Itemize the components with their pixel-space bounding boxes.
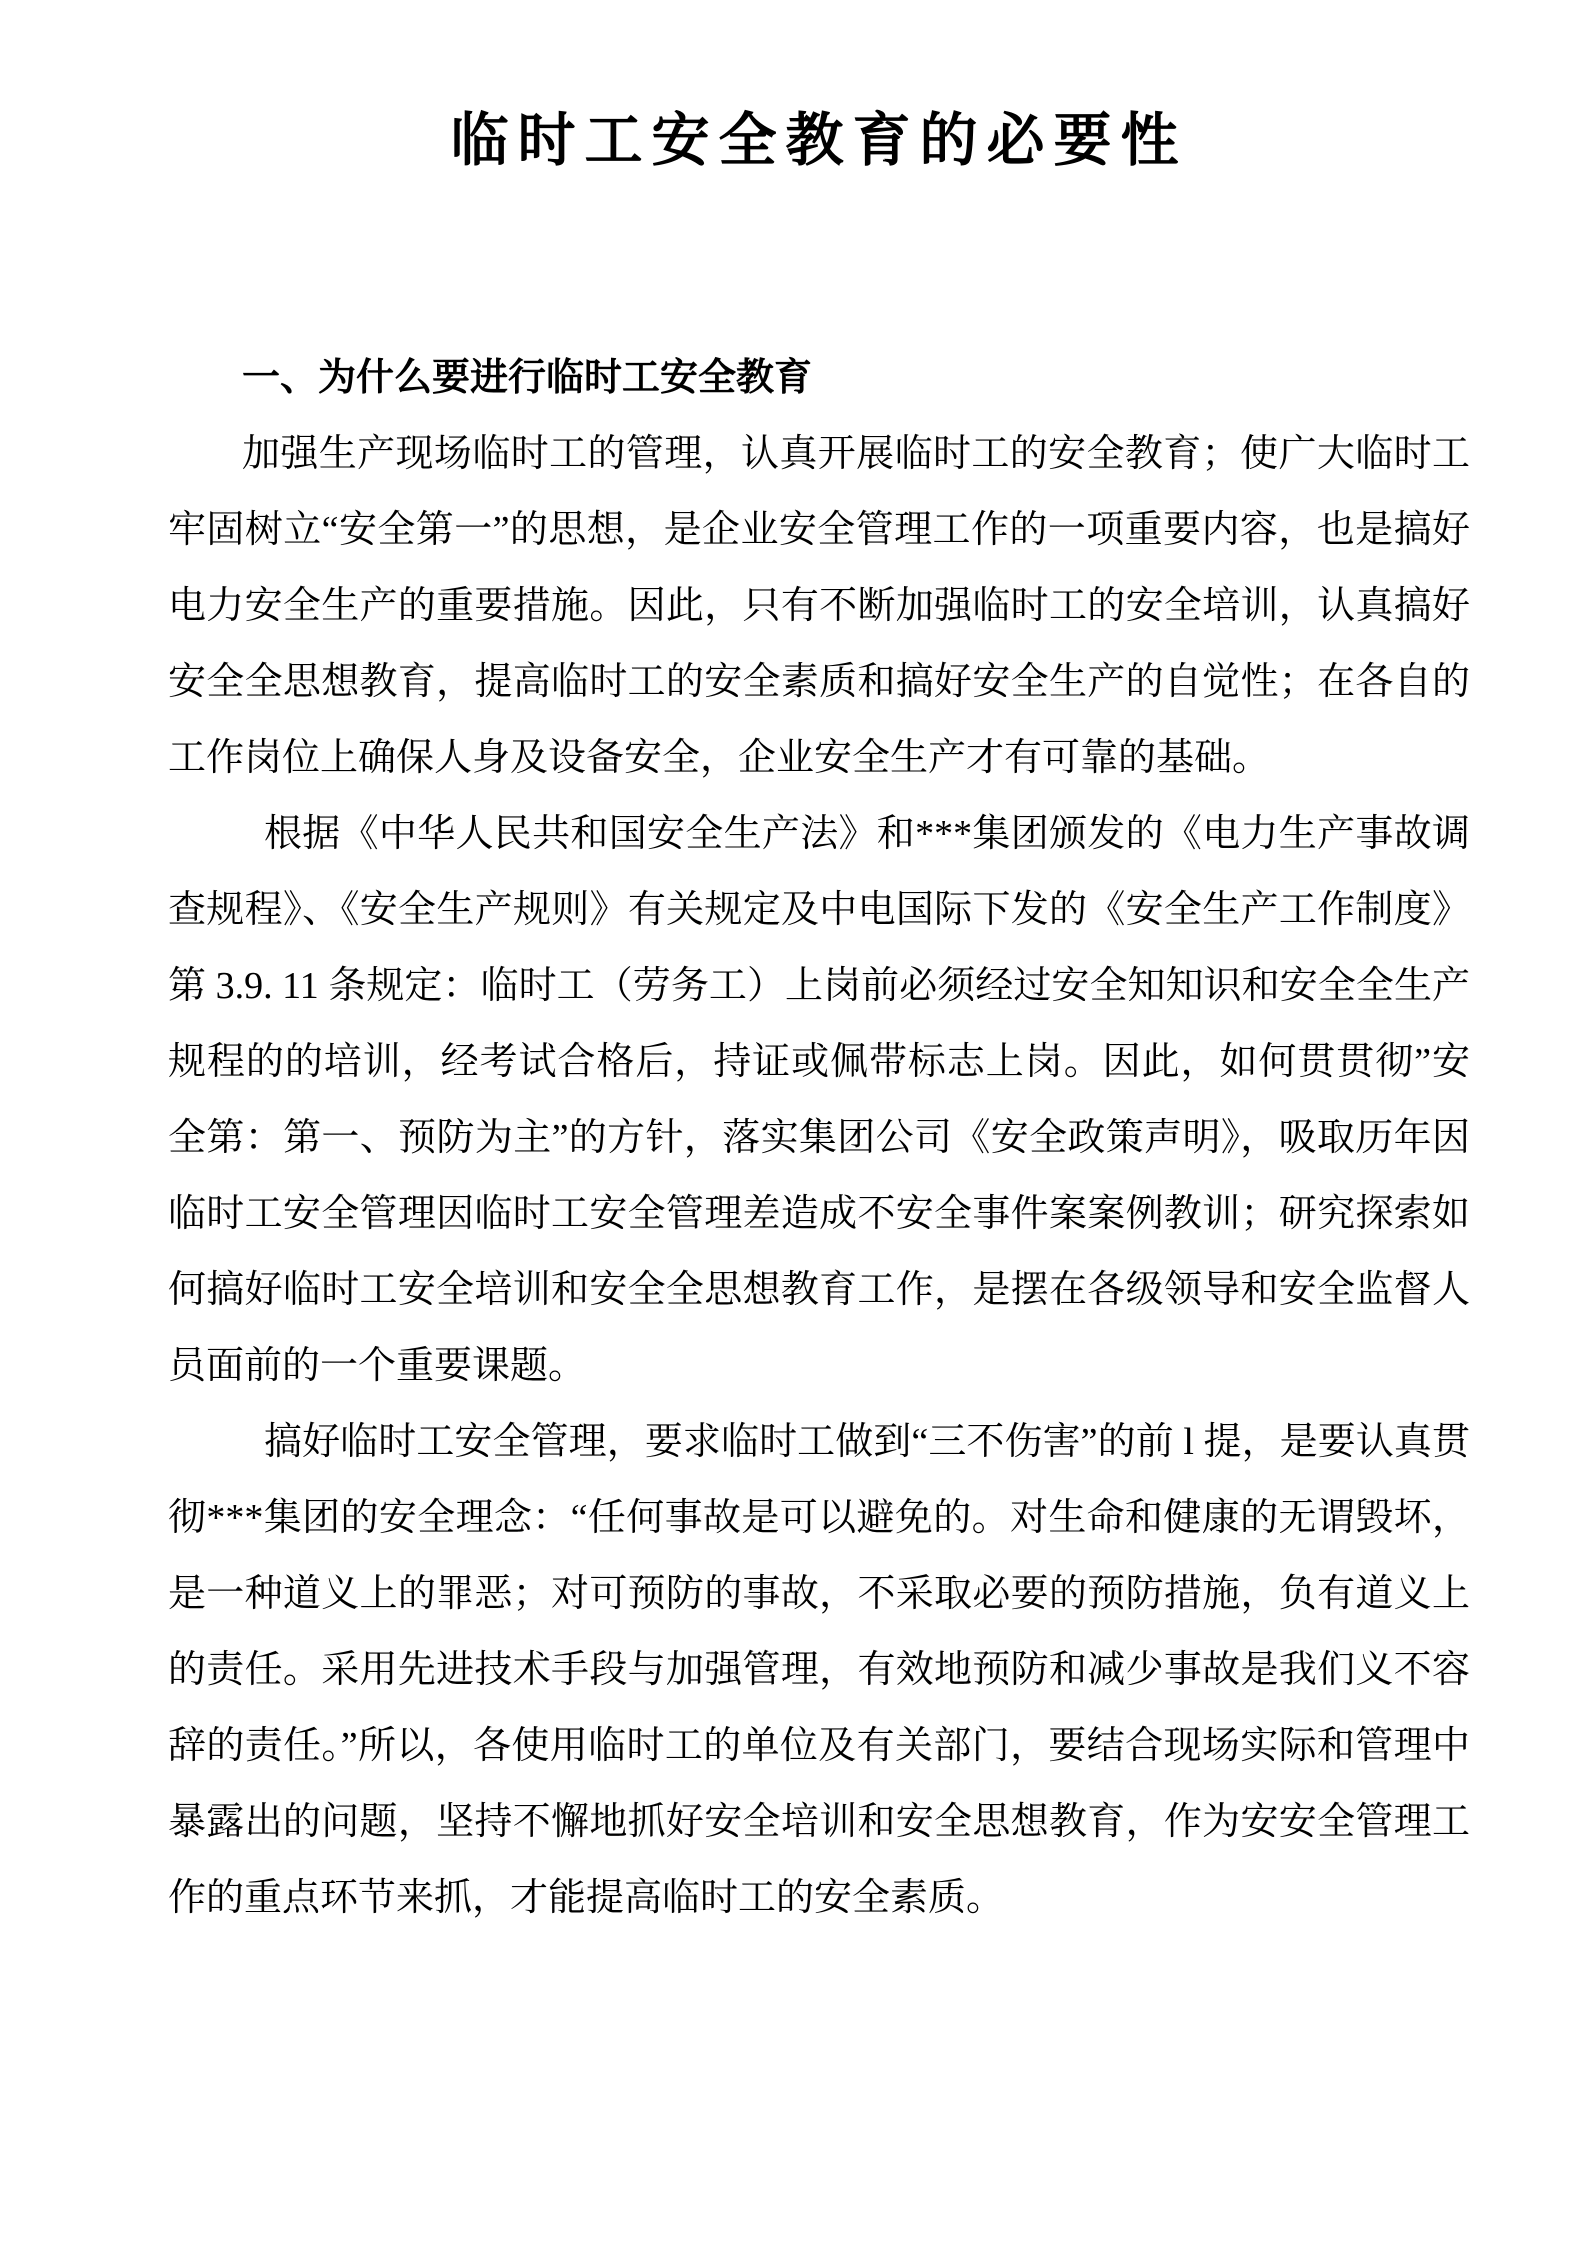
body-paragraph: 根据《中华人民共和国安全生产法》和***集团颁发的《电力生产事故调查规程》、《安…	[168, 796, 1470, 1404]
body-paragraph: 搞好临时工安全管理，要求临时工做到“三不伤害”的前 l 提，是要认真贯彻***集…	[168, 1404, 1470, 1936]
document-title: 临时工安全教育的必要性	[168, 112, 1470, 170]
section-heading: 一、为什么要进行临时工安全教育	[168, 340, 1470, 416]
body-paragraph: 加强生产现场临时工的管理，认真开展临时工的安全教育；使广大临时工牢固树立“安全第…	[168, 416, 1470, 796]
document-page: 临时工安全教育的必要性 一、为什么要进行临时工安全教育 加强生产现场临时工的管理…	[0, 0, 1587, 2245]
